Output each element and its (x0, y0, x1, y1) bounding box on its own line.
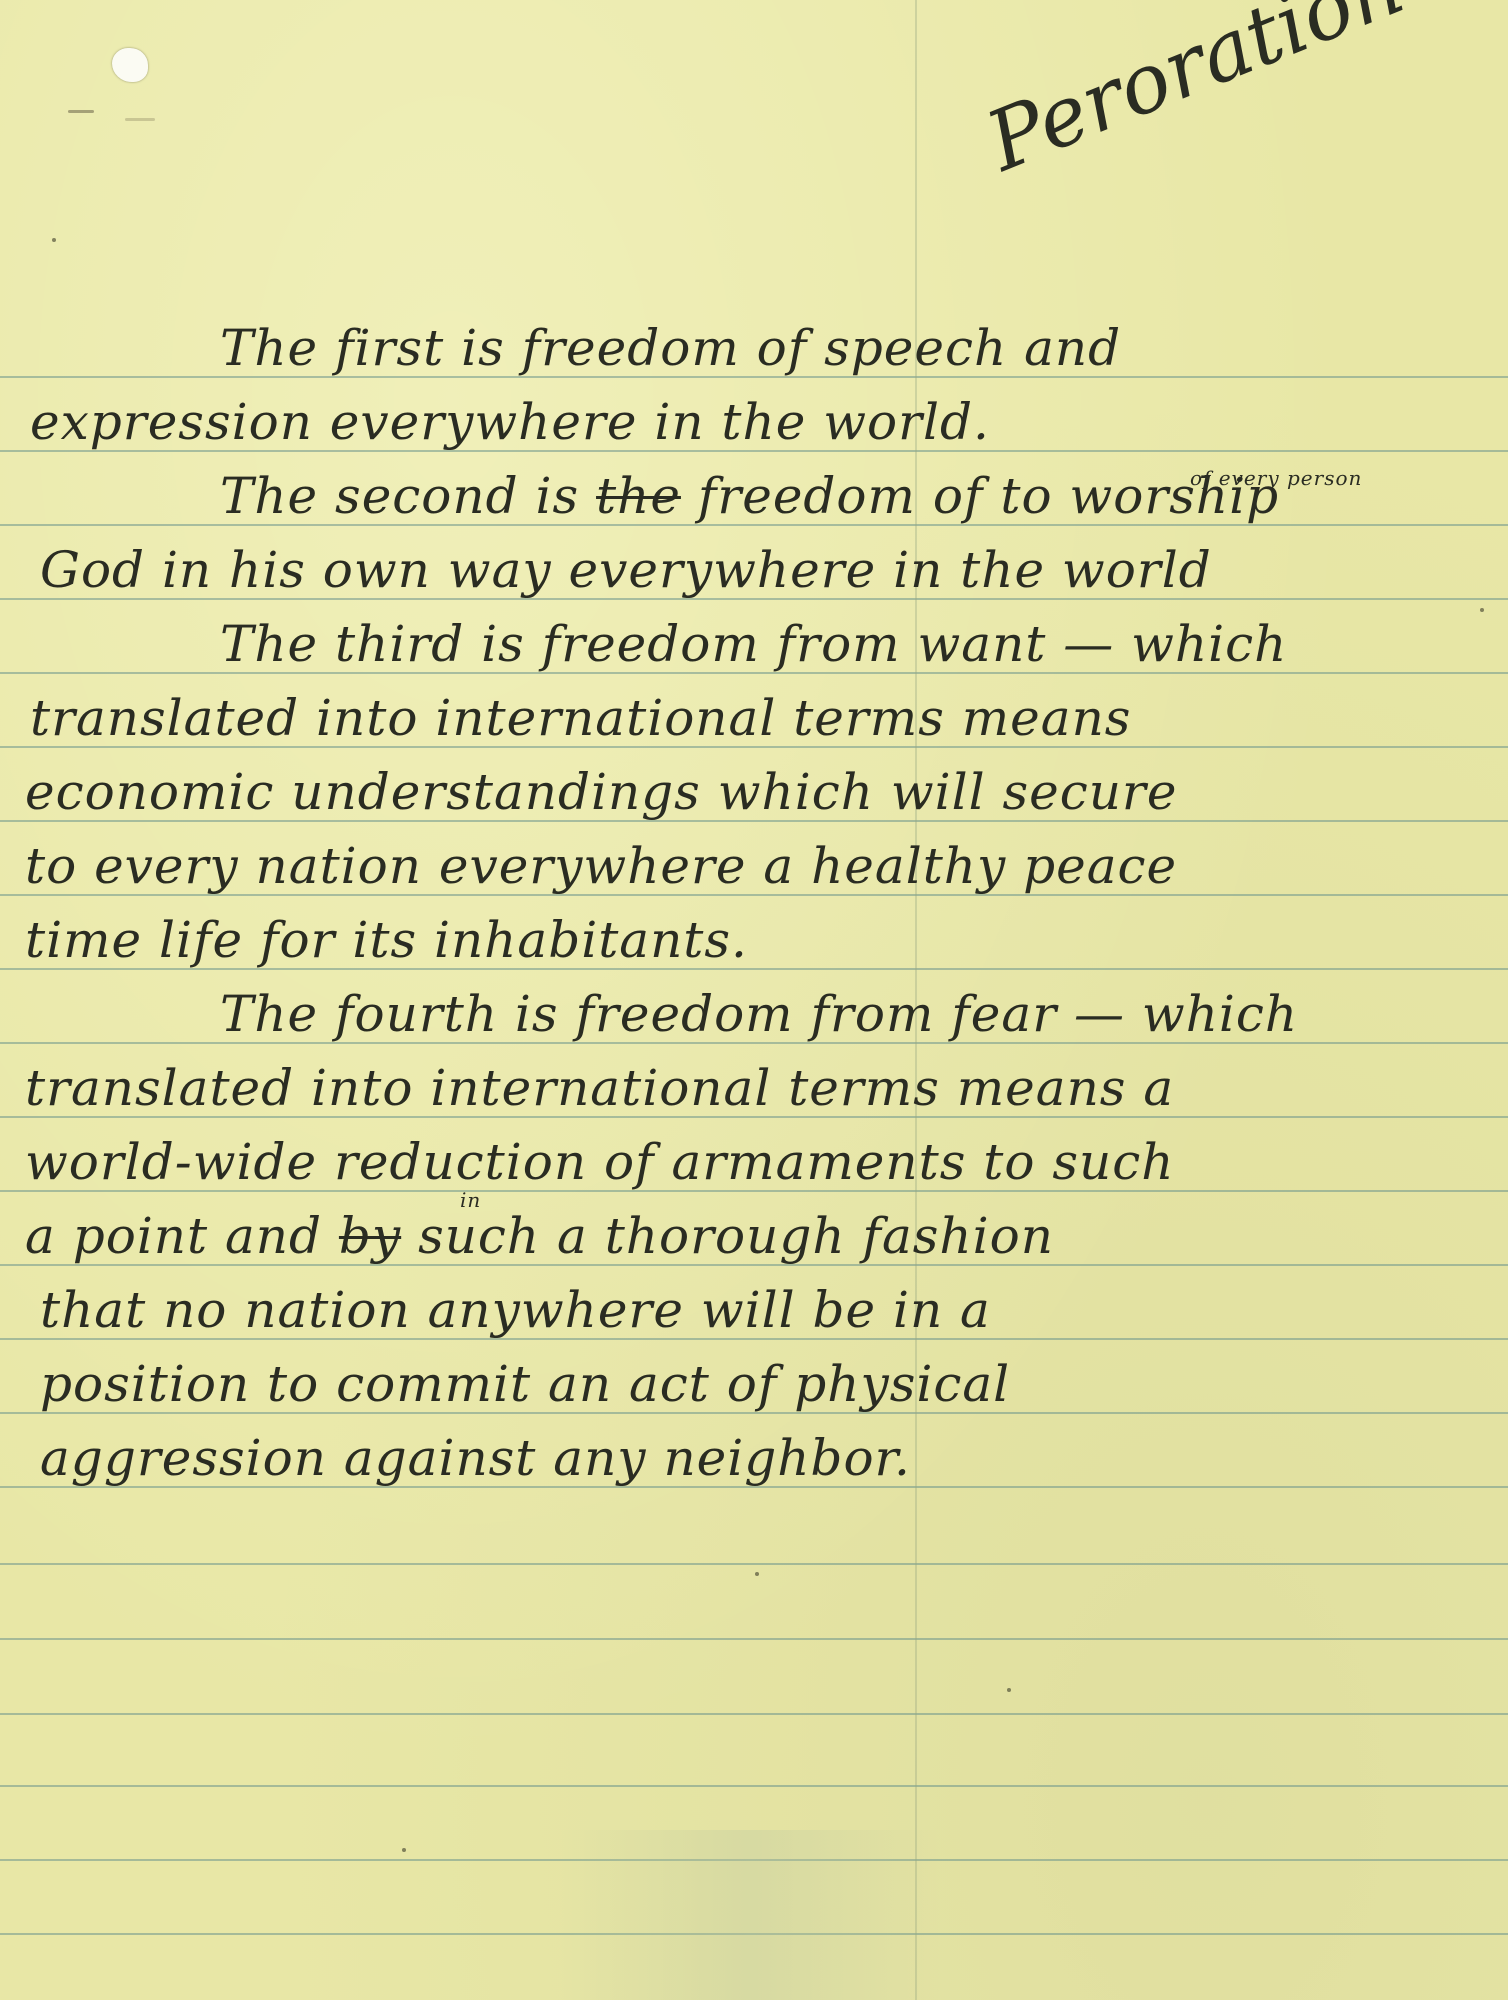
legal-pad-page: Peroration The first is freedom of speec… (0, 0, 1508, 2000)
text-segment: to worship (983, 467, 1279, 525)
ruled-line (0, 1785, 1508, 1787)
text-line: time life for its inhabitants. (25, 910, 748, 970)
paper-speck (52, 238, 56, 242)
text-segment: a point and (25, 1207, 339, 1265)
text-segment: The second is (220, 467, 596, 525)
scan-artifact (560, 1830, 940, 2000)
ink-smudge (125, 118, 155, 121)
text-line: position to commit an act of physical (40, 1354, 1010, 1414)
struck-word: by (339, 1207, 401, 1265)
punch-hole (112, 48, 148, 82)
text-line: economic understandings which will secur… (25, 762, 1177, 822)
text-line: aggression against any neighbor. (40, 1428, 911, 1488)
text-line: The second is the freedom of to worship (220, 466, 1279, 526)
ink-smudge (68, 110, 94, 113)
ruled-line (0, 1713, 1508, 1715)
paper-speck (1007, 1688, 1011, 1692)
text-segment: such a thorough fashion (401, 1207, 1054, 1265)
paper-speck (755, 1572, 759, 1576)
text-line: expression everywhere in the world. (30, 392, 990, 452)
paper-speck (402, 1848, 406, 1852)
text-line: translated into international terms mean… (30, 688, 1131, 748)
text-line: The first is freedom of speech and (220, 318, 1121, 378)
text-line: The fourth is freedom from fear — which (220, 984, 1298, 1044)
text-line: God in his own way everywhere in the wor… (40, 540, 1212, 600)
ruled-line (0, 1638, 1508, 1640)
text-line: to every nation everywhere a healthy pea… (25, 836, 1177, 896)
text-line: a point and by such a thorough fashion (25, 1206, 1054, 1266)
text-line: world-wide reduction of armaments to suc… (25, 1132, 1174, 1192)
ruled-line (0, 1563, 1508, 1565)
page-heading: Peroration (974, 0, 1416, 190)
struck-word: the (596, 467, 681, 525)
text-line: translated into international terms mean… (25, 1058, 1174, 1118)
text-line: The third is freedom from want — which (220, 614, 1287, 674)
paper-speck (1480, 608, 1484, 612)
text-line: that no nation anywhere will be in a (40, 1280, 991, 1340)
text-segment: freedom of (681, 467, 984, 525)
